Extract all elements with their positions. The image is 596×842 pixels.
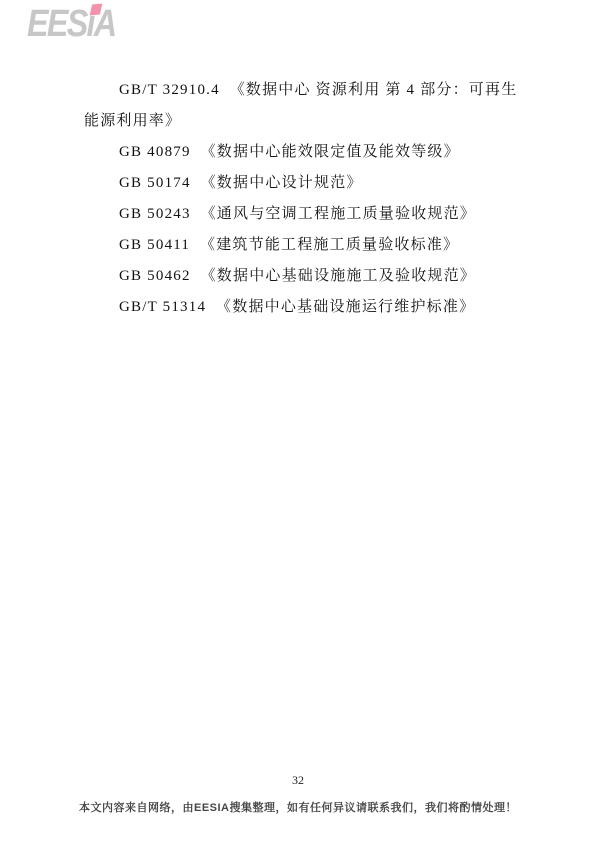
page-number: 32 [0,773,596,787]
footer-disclaimer: 本文内容来自网络，由EESIA搜集整理，如有任何异议请联系我们，我们将酌情处理！ [0,801,596,816]
standard-line: GB 40879 《数据中心能效限定值及能效等级》 [84,137,564,168]
standard-line: GB 50411 《建筑节能工程施工质量验收标准》 [84,230,564,261]
standard-line: GB/T 51314 《数据中心基础设施运行维护标准》 [84,292,564,323]
standard-line: GB 50462 《数据中心基础设施施工及验收规范》 [84,261,564,292]
standard-line: GB 50174 《数据中心设计规范》 [84,168,564,199]
standard-line: 能源利用率》 [84,106,564,137]
standards-list: GB/T 32910.4 《数据中心 资源利用 第 4 部分：可再生 能源利用率… [84,75,564,323]
standard-line: GB 50243 《通风与空调工程施工质量验收规范》 [84,199,564,230]
standard-line: GB/T 32910.4 《数据中心 资源利用 第 4 部分：可再生 [84,75,564,106]
document-page: EESiA GB/T 32910.4 《数据中心 资源利用 第 4 部分：可再生… [0,0,596,842]
eesia-logo: EESiA [27,2,115,46]
